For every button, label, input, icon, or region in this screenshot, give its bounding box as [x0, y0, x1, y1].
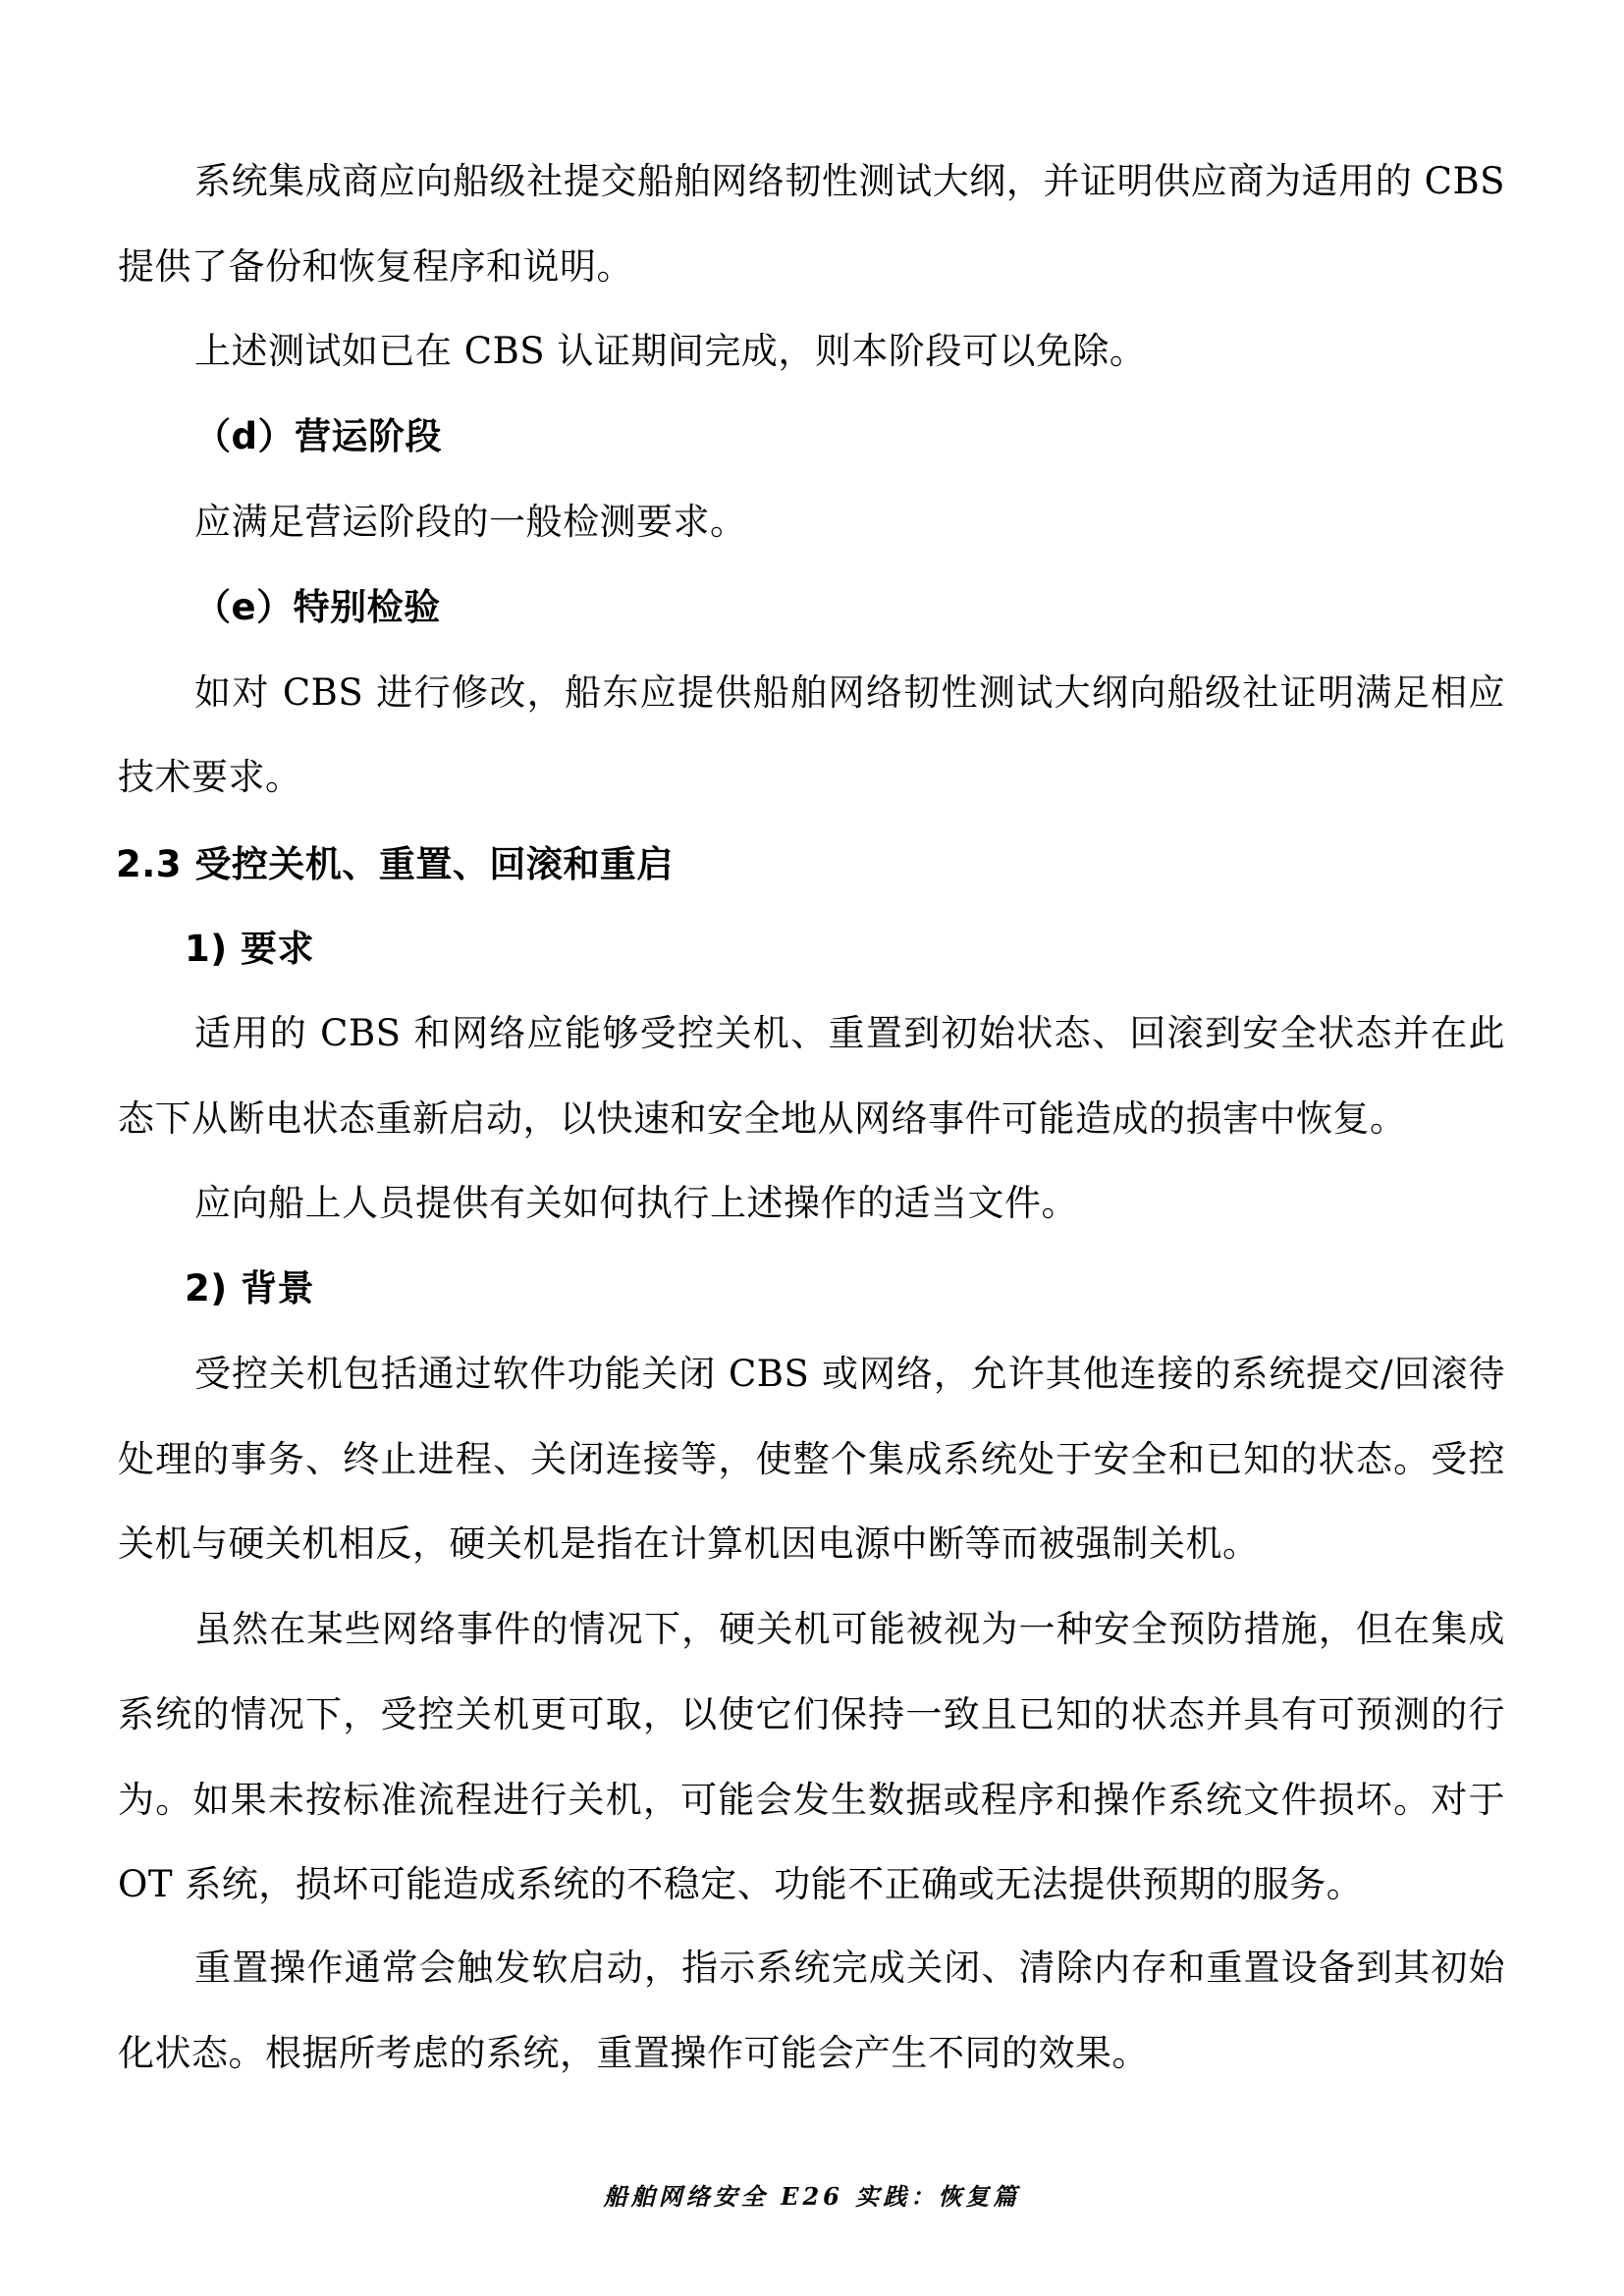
paragraph-line: 上述测试如已在 CBS 认证期间完成，则本阶段可以免除。 — [194, 330, 1505, 373]
document-page: 系统集成商应向船级社提交船舶网络韧性测试大纲，并证明供应商为适用的 CBS 提供… — [0, 0, 1624, 2296]
paragraph-line: 态下从断电状态重新启动，以快速和安全地从网络事件可能造成的损害中恢复。 — [118, 1097, 1505, 1141]
paragraph-line: 虽然在某些网络事件的情况下，硬关机可能被视为一种安全预防措施，但在集成 — [194, 1608, 1505, 1651]
paragraph-line: 如对 CBS 进行修改，船东应提供船舶网络韧性测试大纲向船级社证明满足相应 — [194, 671, 1505, 715]
paragraph-line: 关机与硬关机相反，硬关机是指在计算机因电源中断等而被强制关机。 — [118, 1522, 1505, 1566]
paragraph-line: 应满足营运阶段的一般检测要求。 — [194, 501, 1505, 544]
page-footer: 船舶网络安全 E26 实践：恢复篇 — [0, 2181, 1624, 2213]
paragraph-line: 重置操作通常会触发软启动，指示系统完成关闭、清除内存和重置设备到其初始 — [194, 1947, 1505, 1990]
paragraph-line: 为。如果未按标准流程进行关机，可能会发生数据或程序和操作系统文件损坏。对于 — [118, 1779, 1505, 1822]
paragraph-line: 化状态。根据所考虑的系统，重置操作可能会产生不同的效果。 — [118, 2032, 1505, 2075]
paragraph-line: 适用的 CBS 和网络应能够受控关机、重置到初始状态、回滚到安全状态并在此状 — [194, 1012, 1505, 1055]
paragraph-line: OT 系统，损坏可能造成系统的不稳定、功能不正确或无法提供预期的服务。 — [118, 1863, 1505, 1906]
paragraph-line: 系统的情况下，受控关机更可取，以使它们保持一致且已知的状态并具有可预测的行 — [118, 1693, 1505, 1736]
section-heading-2-3: 2.3 受控关机、重置、回滚和重启 — [116, 843, 1503, 886]
numbered-heading-background: 2) 背景 — [185, 1267, 1572, 1310]
paragraph-line: 系统集成商应向船级社提交船舶网络韧性测试大纲，并证明供应商为适用的 CBS — [194, 160, 1505, 203]
subheading-operation-stage: （d）营运阶段 — [194, 415, 1582, 458]
subheading-special-survey: （e）特别检验 — [194, 586, 1582, 629]
paragraph-line: 提供了备份和恢复程序和说明。 — [118, 245, 1505, 289]
paragraph-line: 应向船上人员提供有关如何执行上述操作的适当文件。 — [194, 1182, 1505, 1225]
paragraph-line: 技术要求。 — [118, 756, 1505, 799]
paragraph-line: 处理的事务、终止进程、关闭连接等，使整个集成系统处于安全和已知的状态。受控 — [118, 1438, 1505, 1481]
numbered-heading-requirements: 1) 要求 — [185, 928, 1572, 971]
paragraph-line: 受控关机包括通过软件功能关闭 CBS 或网络，允许其他连接的系统提交/回滚待 — [194, 1353, 1505, 1396]
